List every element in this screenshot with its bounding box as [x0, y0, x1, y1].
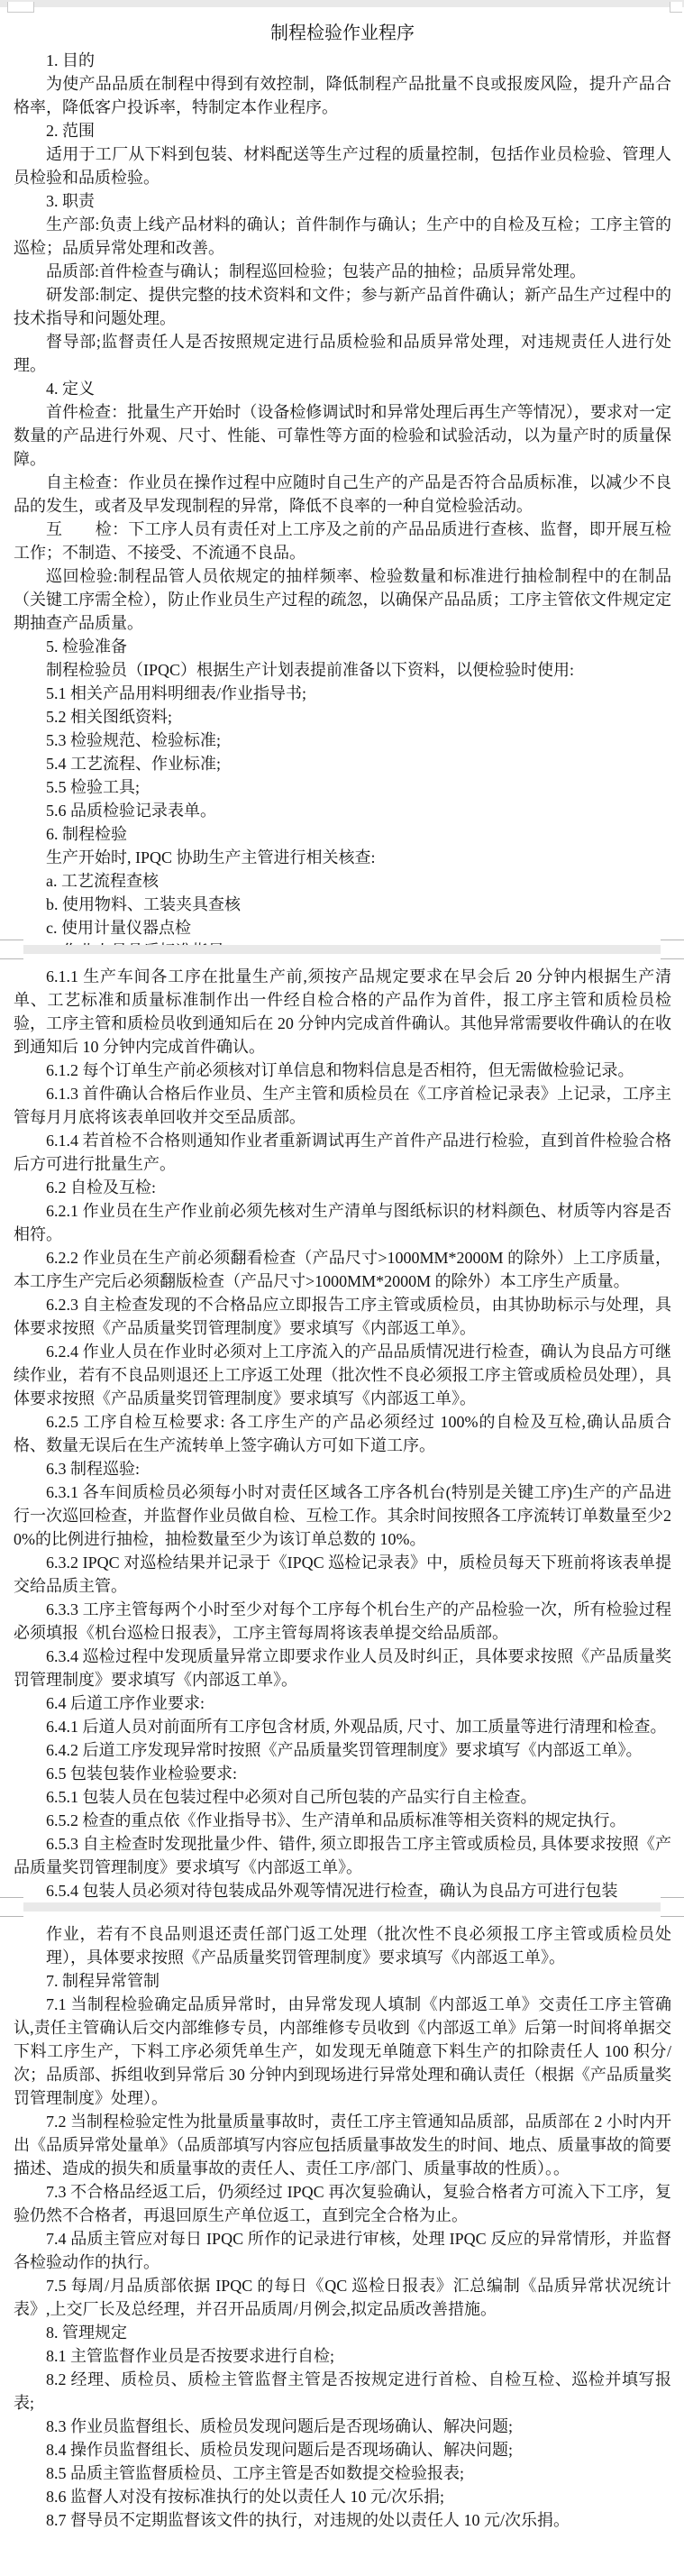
paragraph: a. 工艺流程查核: [14, 869, 671, 893]
paragraph: 6.1.3 首件确认合格后作业员、生产主管和质检员在《工序首检记录表》上记录，工…: [14, 1082, 671, 1129]
page-corner-mark: [661, 1897, 684, 1917]
paragraph: 8.2 经理、质检员、质检主管监督主管是否按规定进行首检、自检互检、巡检并填写报…: [14, 2368, 671, 2415]
paragraph: 7.2 当制程检验定性为批量质量事故时，责任工序主管通知品质部，品质部在 2 小…: [14, 2110, 671, 2180]
paragraph: 7.5 每周/月品质部依据 IPQC 的每日《QC 巡检日报表》汇总编制《品质异…: [14, 2274, 671, 2321]
paragraph: 8.4 操作员监督组长、质检员发现问题后是否现场确认、解决问题;: [14, 2438, 671, 2461]
paragraph: 7.4 品质主管应对每日 IPQC 所作的记录进行审核，处理 IPQC 反应的异…: [14, 2227, 671, 2274]
paragraph: 6.2.5 工序自检互检要求: 各工序生产的产品必须经过 100%的自检及互检,…: [14, 1410, 671, 1457]
paragraph: 6.2.1 作业员在生产作业前必须先核对生产清单与图纸标识的材料颜色、材质等内容…: [14, 1199, 671, 1246]
paragraph: 2. 范围: [14, 119, 671, 142]
paragraph: 8.1 主管监督作业员是否按要求进行自检;: [14, 2344, 671, 2368]
paragraph: 5.5 检验工具;: [14, 775, 671, 799]
paragraph: 5.6 品质检验记录表单。: [14, 799, 671, 822]
paragraph: c. 使用计量仪器点检: [14, 916, 671, 940]
paragraph: 6.5.4 包装人员必须对待包装成品外观等情况进行检查，确认为良品方可进行包装: [14, 1879, 671, 1902]
page-break-1: [0, 945, 684, 954]
paragraph: 6.3 制程巡验:: [14, 1457, 671, 1481]
paragraph: 5. 检验准备: [14, 635, 671, 658]
paragraph: 6.2.4 作业人员在作业时必须对上工序流入的产品品质情况进行检查，确认为良品方…: [14, 1340, 671, 1410]
paragraph: 适用于工厂从下料到包装、材料配送等生产过程的质量控制，包括作业员检验、管理人员检…: [14, 142, 671, 189]
paragraph: 品质部:首件检查与确认；制程巡回检验；包装产品的抽检；品质异常处理。: [14, 260, 671, 283]
paragraph: 8.3 作业员监督组长、质检员发现问题后是否现场确认、解决问题;: [14, 2415, 671, 2438]
paragraph: 7. 制程异常管制: [14, 1969, 671, 1993]
paragraph: 6. 制程检验: [14, 822, 671, 846]
paragraph: 6.1.2 每个订单生产前必须核对订单信息和物料信息是否相符，但无需做检验记录。: [14, 1059, 671, 1082]
paragraph: 互 检：下工序人员有责任对上工序及之前的产品品质进行查核、监督，即开展互检工作；…: [14, 518, 671, 564]
paragraph: 6.4 后道工序作业要求:: [14, 1691, 671, 1715]
page-corner-mark: [670, 2, 682, 13]
paragraph: 5.1 相关产品用料明细表/作业指导书;: [14, 682, 671, 705]
paragraph: 研发部:制定、提供完整的技术资料和文件；参与新产品首件确认；新产品生产过程中的技…: [14, 283, 671, 330]
paragraph: 作业，若有不良品则退还责任部门返工处理（批次性不良必须报工序主管或质检员处理），…: [46, 1922, 671, 1969]
paragraph: 6.3.1 各车间质检员必须每小时对责任区域各工序各机台(特别是关键工序)生产的…: [14, 1481, 671, 1551]
paragraph: 7.3 不合格品经返工后，仍须经过 IPQC 再次复验确认，复验合格者方可流入下…: [14, 2180, 671, 2227]
page-corner-mark: [0, 940, 23, 959]
paragraph: 6.1.1 生产车间各工序在批量生产前,须按产品规定要求在早会后 20 分钟内根…: [14, 965, 671, 1059]
paragraph: 为使产品品质在制程中得到有效控制，降低制程产品批量不良或报废风险，提升产品合格率…: [14, 72, 671, 119]
paragraph: 8.7 督导员不定期监督该文件的执行，对违规的处以责任人 10 元/次乐捐。: [14, 2508, 671, 2532]
paragraph: 6.1.4 若首检不合格则通知作业者重新调试再生产首件产品进行检验，直到首件检验…: [14, 1129, 671, 1176]
paragraph: 5.3 检验规范、检验标准;: [14, 729, 671, 752]
page-corner-mark: [7, 2, 34, 13]
document-title: 制程检验作业程序: [14, 18, 671, 49]
paragraph: 8.5 品质主管监督质检员、工序主管是否如数提交检验报表;: [14, 2461, 671, 2485]
paragraph: 6.3.2 IPQC 对巡检结果并记录于《IPQC 巡检记录表》中，质检员每天下…: [14, 1551, 671, 1598]
paragraph: b. 使用物料、工装夹具查核: [14, 893, 671, 916]
paragraph: 生产部:负责上线产品材料的确认；首件制作与确认；生产中的自检及互检；工序主管的巡…: [14, 213, 671, 260]
paragraph: 6.3.3 工序主管每两个小时至少对每个工序每个机台生产的产品检验一次，所有检验…: [14, 1598, 671, 1645]
paragraph: 生产开始时, IPQC 协助生产主管进行相关核查:: [14, 846, 671, 869]
paragraph: 6.5.3 自主检查时发现批量少件、错件, 须立即报告工序主管或质检员, 具体要…: [14, 1832, 671, 1879]
paragraph: 督导部;监督责任人是否按照规定进行品质检验和品质异常处理，对违规责任人进行处理。: [14, 330, 671, 377]
paragraph: 制程检验员（IPQC）根据生产计划表提前准备以下资料，以便检验时使用:: [14, 658, 671, 682]
paragraph: 6.4.1 后道人员对前面所有工序包含材质, 外观品质, 尺寸、加工质量等进行清…: [14, 1715, 671, 1738]
paragraph: 巡回检验:制程品管人员依规定的抽样频率、检验数量和标准进行抽检制程中的在制品（关…: [14, 564, 671, 635]
paragraph: 8. 管理规定: [14, 2321, 671, 2344]
document-page-3[interactable]: 作业，若有不良品则退还责任部门返工处理（批次性不良必须报工序主管或质检员处理），…: [0, 1911, 684, 2576]
paragraph: 6.2.3 自主检查发现的不合格品应立即报告工序主管或质检员，由其协助标示与处理…: [14, 1293, 671, 1340]
document-page-1[interactable]: 制程检验作业程序1. 目的为使产品品质在制程中得到有效控制，降低制程产品批量不良…: [0, 7, 684, 945]
page-break-2: [0, 1902, 684, 1911]
page-corner-mark: [661, 940, 684, 959]
paragraph: 8.6 监督人对没有按标准执行的处以责任人 10 元/次乐捐;: [14, 2485, 671, 2508]
paragraph: 1. 目的: [14, 49, 671, 72]
page-gap-top: [0, 0, 684, 7]
paragraph: 5.4 工艺流程、作业标准;: [14, 752, 671, 775]
paragraph: 5.2 相关图纸资料;: [14, 705, 671, 729]
paragraph: 7.1 当制程检验确定品质异常时，由异常发现人填制《内部返工单》交责任工序主管确…: [14, 1993, 671, 2110]
paragraph: 6.3.4 巡检过程中发现质量异常立即要求作业人员及时纠正，具体要求按照《产品质…: [14, 1645, 671, 1691]
paragraph: 自主检查：作业员在操作过程中应随时自己生产的产品是否符合品质标准，以减少不良品的…: [14, 471, 671, 518]
paragraph: 6.2.2 作业员在生产前必须翻看检查（产品尺寸>1000MM*2000M 的除…: [14, 1246, 671, 1293]
paragraph: 4. 定义: [14, 377, 671, 400]
paragraph: 6.4.2 后道工序发现异常时按照《产品质量奖罚管理制度》要求填写《内部返工单》…: [14, 1738, 671, 1762]
paragraph: 3. 职责: [14, 189, 671, 213]
paragraph: 首件检查：批量生产开始时（设备检修调试时和异常处理后再生产等情况），要求对一定数…: [14, 400, 671, 471]
paragraph: 6.2 自检及互检:: [14, 1176, 671, 1199]
document-page-2[interactable]: 6.1.1 生产车间各工序在批量生产前,须按产品规定要求在早会后 20 分钟内根…: [0, 954, 684, 1902]
paragraph: 6.5.1 包装人员在包装过程中必须对自己所包装的产品实行自主检查。: [14, 1785, 671, 1809]
paragraph: 6.5 包装包装作业检验要求:: [14, 1762, 671, 1785]
paragraph: 6.5.2 检查的重点依《作业指导书》、生产清单和品质标准等相关资料的规定执行。: [14, 1809, 671, 1832]
page-corner-mark: [0, 1897, 23, 1917]
